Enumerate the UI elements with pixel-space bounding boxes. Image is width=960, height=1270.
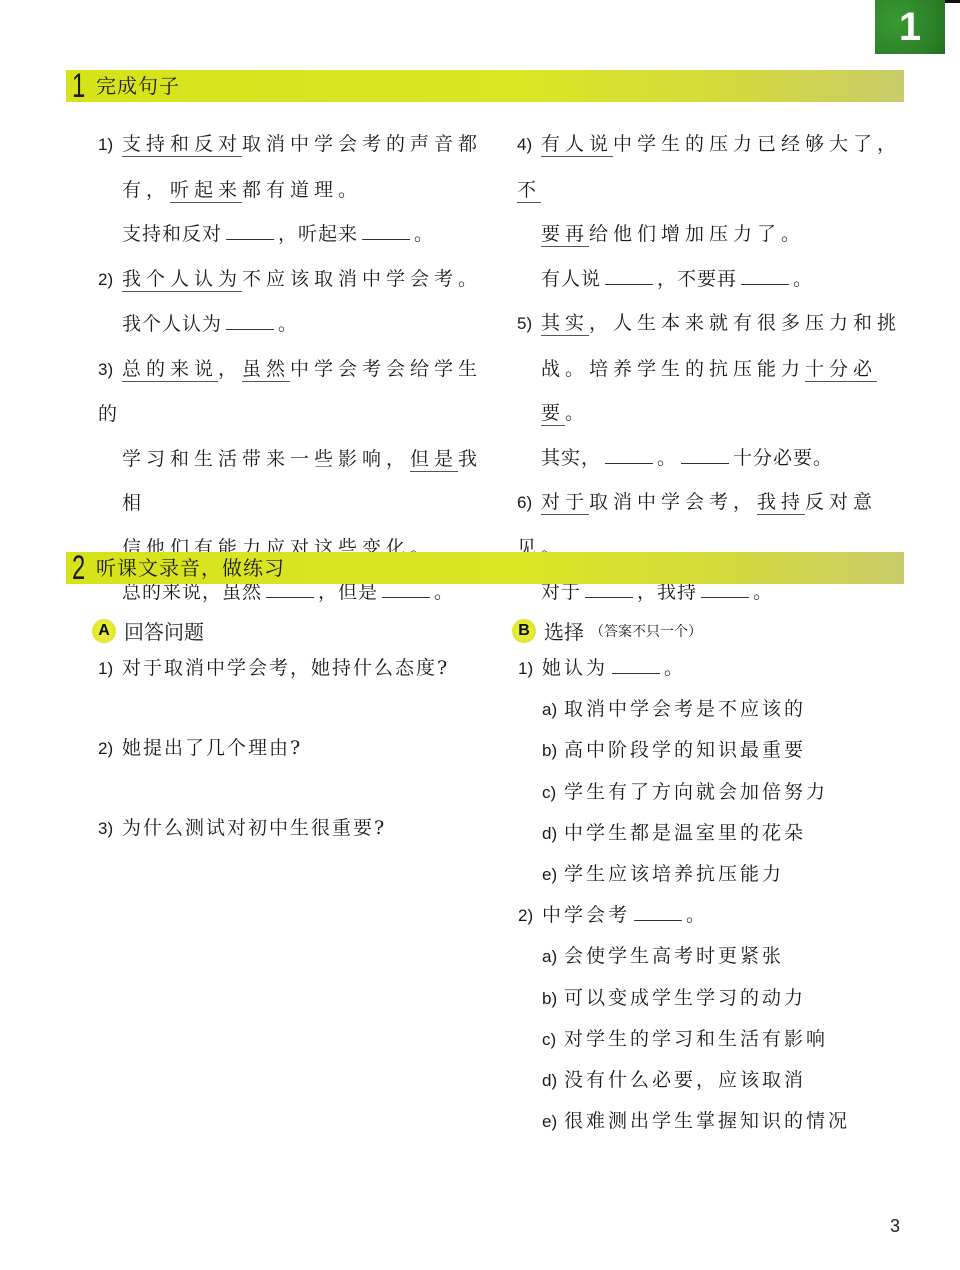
part-b-title: 选择: [544, 616, 584, 645]
option-text: 可以变成学生学习的动力: [564, 987, 806, 1009]
part-b-heading: B 选择 （答案不只一个）: [512, 616, 702, 645]
prompt-text: 对于: [541, 581, 581, 603]
item-number: 5): [517, 302, 541, 347]
answer-blank[interactable]: [612, 660, 660, 674]
sentence-line: 有，听起来都有道理。: [98, 168, 498, 213]
choice-option[interactable]: e)学生应该培养抗压能力: [518, 854, 898, 895]
key-phrase: 有人说: [541, 133, 613, 155]
question-number: 3): [98, 816, 122, 842]
key-phrase: 支持和反对: [122, 133, 242, 155]
prompt-text: 总的来说，虽然: [122, 581, 262, 603]
section-2-banner: 2 听课文录音，做练习: [66, 552, 904, 584]
section-1-number: 1: [72, 70, 86, 102]
option-text: 取消中学会考是不应该的: [564, 698, 806, 720]
question-number: 2): [518, 896, 542, 936]
sentence-text: 有，: [122, 179, 170, 201]
section-1-left-column: 1)支持和反对取消中学会考的声音都有，听起来都有道理。支持和反对，听起来。2)我…: [98, 122, 498, 615]
question-end: 。: [664, 657, 686, 679]
sentence-line: 4)有人说中学生的压力已经够大了，不: [517, 122, 917, 212]
exercise-item: 2)我个人认为不应该取消中学会考。我个人认为。: [98, 257, 498, 347]
sentence-line: 2)我个人认为不应该取消中学会考。: [98, 257, 498, 303]
exercise-item: 6)对于取消中学会考，我持反对意见。对于，我持。: [517, 480, 917, 615]
choice-option[interactable]: a)会使学生高考时更紧张: [518, 936, 898, 977]
answer-blank[interactable]: [681, 450, 729, 464]
section-1-banner: 1 完成句子: [66, 70, 904, 102]
answer-blank[interactable]: [382, 584, 430, 598]
sentence-line: 1)支持和反对取消中学会考的声音都: [98, 122, 498, 168]
sentence-line: 3)总的来说，虽然中学会考会给学生的: [98, 347, 498, 437]
part-a-heading: A 回答问题: [92, 616, 204, 645]
fill-in-prompt: 我个人认为。: [98, 302, 498, 347]
sentence-text: 战。培养学生的抗压能力: [541, 358, 805, 380]
exercise-item: 4)有人说中学生的压力已经够大了，不要再给他们增加压力了。有人说，不要再。: [517, 122, 917, 301]
part-a-badge: A: [92, 619, 116, 643]
option-label: d): [542, 814, 564, 854]
part-a-question-2: 2)她提出了几个理由?: [98, 735, 302, 762]
sentence-line: 要再给他们增加压力了。: [517, 212, 917, 257]
option-text: 高中阶段学的知识最重要: [564, 739, 806, 761]
answer-blank[interactable]: [701, 584, 749, 598]
answer-blank[interactable]: [226, 316, 274, 330]
part-b-choice-list: 1)她认为。a)取消中学会考是不应该的b)高中阶段学的知识最重要c)学生有了方向…: [518, 648, 898, 1142]
prompt-text: 。: [414, 223, 434, 245]
key-phrase: 虽然: [242, 358, 290, 380]
part-b-badge: B: [512, 619, 536, 643]
key-phrase: 听起来: [170, 179, 242, 201]
part-a-question-1: 1)对于取消中学会考，她持什么态度?: [98, 655, 449, 682]
page-edge-mark: [945, 0, 960, 3]
question-end: 。: [686, 904, 708, 926]
prompt-text: 十分必要。: [733, 447, 833, 469]
item-number: 1): [98, 123, 122, 168]
question-stem: 中学会考: [542, 904, 630, 926]
prompt-text: 。: [753, 581, 773, 603]
choice-option[interactable]: b)高中阶段学的知识最重要: [518, 730, 898, 771]
choice-question: 1)她认为。: [518, 648, 898, 689]
option-text: 会使学生高考时更紧张: [564, 945, 784, 967]
option-text: 中学生都是温室里的花朵: [564, 822, 806, 844]
option-text: 很难测出学生掌握知识的情况: [564, 1110, 850, 1132]
item-number: 6): [517, 481, 541, 526]
sentence-line: 5)其实，人生本来就有很多压力和挑: [517, 301, 917, 347]
answer-blank[interactable]: [741, 271, 789, 285]
answer-blank[interactable]: [605, 271, 653, 285]
choice-option[interactable]: b)可以变成学生学习的动力: [518, 978, 898, 1019]
section-2-number: 2: [72, 552, 86, 584]
exercise-item: 5)其实，人生本来就有很多压力和挑战。培养学生的抗压能力十分必要。其实，。十分必…: [517, 301, 917, 480]
sentence-line: 学习和生活带来一些影响，但是我相: [98, 437, 498, 526]
prompt-text: 。: [434, 581, 454, 603]
sentence-text: 学习和生活带来一些影响，: [122, 448, 410, 470]
key-phrase: 对于: [541, 491, 589, 513]
sentence-line: 战。培养学生的抗压能力十分必要。: [517, 347, 917, 436]
question-number: 2): [98, 736, 122, 762]
sentence-text: 取消中学会考，: [589, 491, 757, 513]
option-text: 学生有了方向就会加倍努力: [564, 781, 828, 803]
section-1-title: 完成句子: [96, 70, 180, 102]
prompt-text: 有人说: [541, 268, 601, 290]
key-phrase: 要再: [541, 223, 589, 245]
question-text: 为什么测试对初中生很重要?: [122, 817, 386, 839]
option-text: 没有什么必要，应该取消: [564, 1069, 806, 1091]
sentence-text: 给他们增加压力了。: [589, 223, 805, 245]
part-a-question-3: 3)为什么测试对初中生很重要?: [98, 815, 386, 842]
prompt-text: 其实，: [541, 447, 601, 469]
sentence-text: 。: [565, 402, 589, 424]
answer-blank[interactable]: [634, 907, 682, 921]
sentence-text: ，: [218, 358, 242, 380]
option-label: d): [542, 1061, 564, 1101]
key-phrase: 但是: [410, 448, 458, 470]
answer-blank[interactable]: [226, 226, 274, 240]
sentence-text: 中学生的压力已经够大了，: [613, 133, 901, 155]
fill-in-prompt: 有人说，不要再。: [517, 257, 917, 302]
item-number: 3): [98, 348, 122, 393]
choice-option[interactable]: d)中学生都是温室里的花朵: [518, 813, 898, 854]
sentence-text: 都有道理。: [242, 179, 362, 201]
item-number: 2): [98, 258, 122, 303]
section-2-title: 听课文录音，做练习: [96, 552, 285, 584]
key-phrase: 总的来说: [122, 358, 218, 380]
prompt-text: ，但是: [318, 581, 378, 603]
sentence-text: ，人生本来就有很多压力和挑: [589, 312, 901, 334]
item-number: 4): [517, 123, 541, 168]
sentence-text: 取消中学会考的声音都: [242, 133, 482, 155]
option-label: e): [542, 1102, 564, 1142]
prompt-text: ，不要再: [657, 268, 737, 290]
prompt-text: 支持和反对: [122, 223, 222, 245]
answer-blank[interactable]: [585, 584, 633, 598]
prompt-text: 我个人认为: [122, 313, 222, 335]
part-a-title: 回答问题: [124, 616, 204, 645]
option-label: e): [542, 855, 564, 895]
option-label: c): [542, 773, 564, 813]
key-phrase: 不: [517, 179, 541, 201]
choice-option[interactable]: d)没有什么必要，应该取消: [518, 1060, 898, 1101]
option-label: c): [542, 1020, 564, 1060]
option-label: a): [542, 937, 564, 977]
question-text: 她提出了几个理由?: [122, 737, 302, 759]
question-stem: 她认为: [542, 657, 608, 679]
answer-blank[interactable]: [362, 226, 410, 240]
answer-blank[interactable]: [605, 450, 653, 464]
key-phrase: 我持: [757, 491, 805, 513]
prompt-text: 。: [657, 447, 677, 469]
page-number: 3: [890, 1216, 900, 1237]
key-phrase: 其实: [541, 312, 589, 334]
choice-question: 2)中学会考。: [518, 895, 898, 936]
option-label: b): [542, 731, 564, 771]
option-text: 学生应该培养抗压能力: [564, 863, 784, 885]
question-text: 对于取消中学会考，她持什么态度?: [122, 657, 449, 679]
option-label: a): [542, 690, 564, 730]
sentence-text: 不应该取消中学会考。: [242, 268, 482, 290]
prompt-text: 。: [278, 313, 298, 335]
option-label: b): [542, 979, 564, 1019]
key-phrase: 我个人认为: [122, 268, 242, 290]
section-1-right-column: 4)有人说中学生的压力已经够大了，不要再给他们增加压力了。有人说，不要再。5)其…: [517, 122, 917, 615]
question-number: 1): [518, 649, 542, 689]
chapter-number-tab: 1: [875, 0, 945, 54]
part-b-note: （答案不只一个）: [590, 621, 702, 641]
option-text: 对学生的学习和生活有影响: [564, 1028, 828, 1050]
choice-option[interactable]: a)取消中学会考是不应该的: [518, 689, 898, 730]
fill-in-prompt: 支持和反对，听起来。: [98, 212, 498, 257]
prompt-text: 。: [793, 268, 813, 290]
prompt-text: ，听起来: [278, 223, 358, 245]
choice-option[interactable]: c)学生有了方向就会加倍努力: [518, 772, 898, 813]
prompt-text: ，我持: [637, 581, 697, 603]
choice-option[interactable]: e)很难测出学生掌握知识的情况: [518, 1101, 898, 1142]
fill-in-prompt: 其实，。十分必要。: [517, 436, 917, 481]
choice-option[interactable]: c)对学生的学习和生活有影响: [518, 1019, 898, 1060]
exercise-item: 1)支持和反对取消中学会考的声音都有，听起来都有道理。支持和反对，听起来。: [98, 122, 498, 257]
answer-blank[interactable]: [266, 584, 314, 598]
question-number: 1): [98, 656, 122, 682]
